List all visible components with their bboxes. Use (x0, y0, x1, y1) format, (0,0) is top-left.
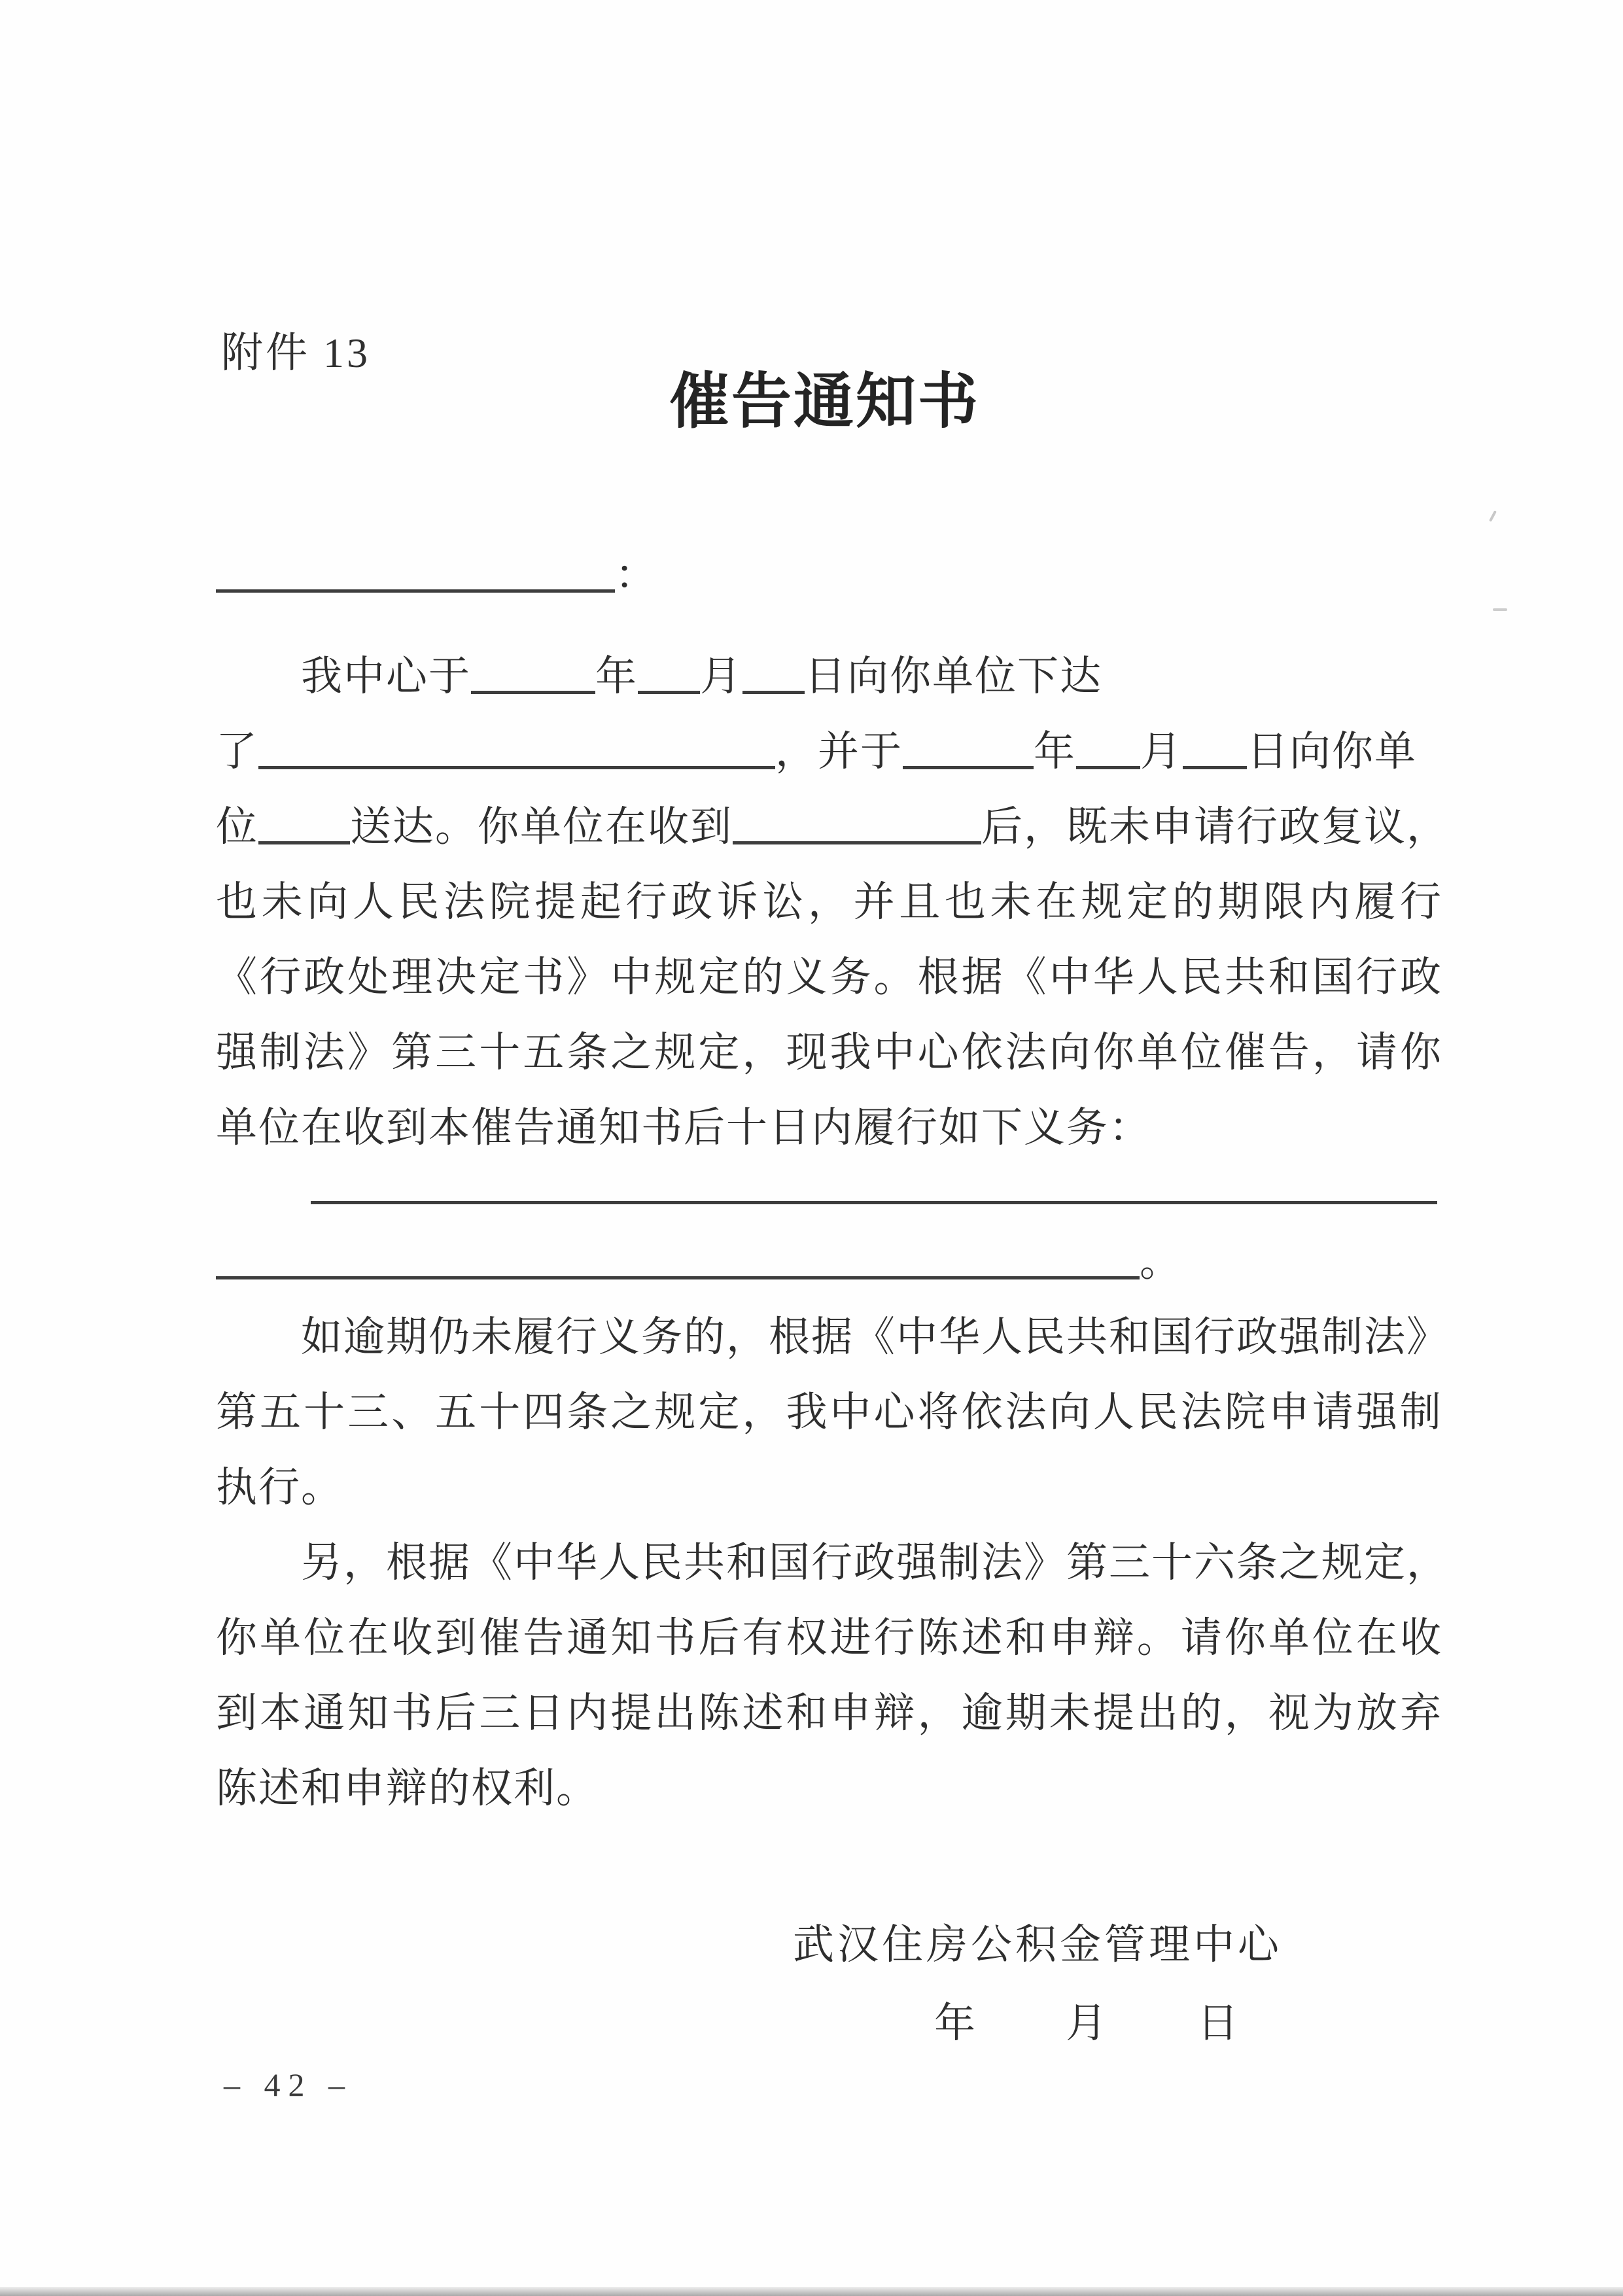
line-text: ，并于 (775, 729, 903, 774)
fill-in-blank (311, 1194, 1437, 1204)
body-line: 了，并于年月日向你单 (216, 714, 1442, 790)
line-text: 年 (1034, 729, 1076, 774)
body-line: 也未向人民法院提起行政诉讼，并且也未在规定的期限内履行 (216, 865, 1442, 940)
body-line: 我中心于年月日向你单位下达 (216, 639, 1442, 714)
fill-in-blank (742, 684, 805, 694)
line-text: 年 (595, 653, 638, 699)
line-text: 到本通知书后三日内提出陈述和申辩，逾期未提出的，视为放弃 (216, 1690, 1442, 1736)
issuer-signature: 武汉住房公积金管理中心 (793, 1911, 1282, 1971)
line-text: 送达。你单位在收到 (350, 804, 733, 850)
line-text: 强制法》第三十五条之规定，现我中心依法向你单位催告，请你 (216, 1030, 1442, 1075)
fill-in-blank (638, 684, 700, 694)
body-line: 位送达。你单位在收到后，既未申请行政复议， (216, 790, 1442, 865)
scan-artifact (1493, 608, 1507, 611)
line-text: 单位在收到本催告通知书后十日内履行如下义务： (216, 1105, 1151, 1151)
fill-in-blank (258, 759, 775, 769)
body-line: 你单位在收到催告通知书后有权进行陈述和申辩。请你单位在收 (216, 1601, 1442, 1676)
body-line: 《行政处理决定书》中规定的义务。根据《中华人民共和国行政 (216, 940, 1442, 1015)
fill-in-blank (1183, 759, 1247, 769)
line-text: 月 (700, 653, 742, 699)
body-line: 强制法》第三十五条之规定，现我中心依法向你单位催告，请你 (216, 1015, 1442, 1090)
body-line: 到本通知书后三日内提出陈述和申辩，逾期未提出的，视为放弃 (216, 1676, 1442, 1751)
line-text: 陈述和申辩的权利。 (216, 1765, 599, 1811)
line-text: 也未向人民法院提起行政诉讼，并且也未在规定的期限内履行 (216, 879, 1442, 925)
line-text: 。 (1140, 1239, 1182, 1285)
line-text: 月 (1140, 729, 1183, 774)
body-line: 另，根据《中华人民共和国行政强制法》第三十六条之规定， (216, 1525, 1442, 1601)
line-text: 如逾期仍未履行义务的，根据《中华人民共和国行政强制法》 (301, 1314, 1449, 1360)
document-title: 催告通知书 (0, 353, 1623, 440)
body-line: ： (216, 538, 1442, 613)
line-text: 日向你单位下达 (805, 653, 1102, 699)
fill-in-blank (216, 1270, 1140, 1279)
scan-artifact (1489, 510, 1497, 522)
document-body: ：我中心于年月日向你单位下达了，并于年月日向你单位送达。你单位在收到后，既未申请… (216, 538, 1442, 1826)
fill-in-blank (258, 835, 350, 844)
line-text: 位 (216, 804, 258, 850)
fill-in-blank (903, 759, 1034, 769)
body-line: 第五十三、五十四条之规定，我中心将依法向人民法院申请强制 (216, 1375, 1442, 1450)
fill-in-blank (471, 684, 595, 694)
line-text: ： (615, 552, 657, 598)
line-text: 日向你单 (1247, 729, 1417, 774)
line-text: 你单位在收到催告通知书后有权进行陈述和申辩。请你单位在收 (216, 1615, 1442, 1661)
page-number: – 42 – (224, 2066, 353, 2104)
scan-edge (0, 2287, 1623, 2296)
body-line (216, 1149, 1442, 1225)
body-line: 执行。 (216, 1450, 1442, 1525)
body-line: 。 (216, 1225, 1442, 1300)
line-text: 了 (216, 729, 258, 774)
date-line: 年 月 日 (934, 1990, 1241, 2049)
line-text: 另，根据《中华人民共和国行政强制法》第三十六条之规定， (301, 1540, 1449, 1586)
document-page: 附件 13 催告通知书 ：我中心于年月日向你单位下达了，并于年月日向你单位送达。… (0, 0, 1623, 2296)
line-text: 《行政处理决定书》中规定的义务。根据《中华人民共和国行政 (216, 954, 1442, 1000)
fill-in-blank (216, 583, 615, 593)
fill-in-blank (1076, 759, 1140, 769)
line-text: 我中心于 (301, 653, 471, 699)
body-line: 陈述和申辩的权利。 (216, 1751, 1442, 1826)
line-text: 执行。 (216, 1465, 343, 1510)
line-text: 后，既未申请行政复议， (981, 804, 1449, 850)
line-text: 第五十三、五十四条之规定，我中心将依法向人民法院申请强制 (216, 1389, 1442, 1435)
fill-in-blank (733, 835, 981, 844)
body-line: 如逾期仍未履行义务的，根据《中华人民共和国行政强制法》 (216, 1300, 1442, 1375)
